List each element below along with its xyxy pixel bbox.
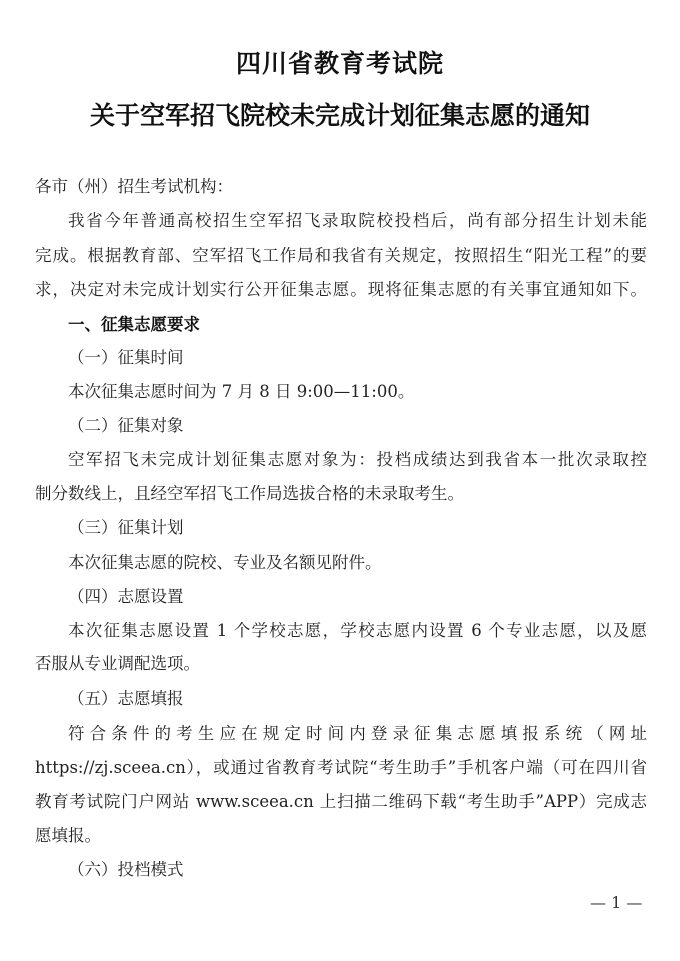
subsection-heading-target: （二）征集对象 xyxy=(68,415,680,437)
issuer-title: 四川省教育考试院 xyxy=(0,44,680,80)
intro-line-2: 完成。根据教育部、空军招飞工作局和我省有关规定，按照招生“阳光工程”的要 xyxy=(35,245,647,267)
subsection-heading-filing: （五）志愿填报 xyxy=(68,688,680,710)
subsection-heading-time: （一）征集时间 xyxy=(68,347,680,369)
subsection-heading-settings: （四）志愿设置 xyxy=(68,586,680,608)
subsection-heading-plan: （三）征集计划 xyxy=(68,517,680,539)
salutation: 各市（州）招生考试机构： xyxy=(35,176,647,198)
subsection-body-filing-2: https://zj.sceea.cn），或通过省教育考试院“考生助手”手机客户… xyxy=(35,757,647,779)
subsection-body-target-2: 制分数线上，且经空军招飞工作局选拔合格的未录取考生。 xyxy=(35,483,647,505)
intro-line-3: 求，决定对未完成计划实行公开征集志愿。现将征集志愿的有关事宜通知如下。 xyxy=(35,279,647,301)
subsection-body-filing-1: 符合条件的考生应在规定时间内登录征集志愿填报系统（网址 xyxy=(68,723,647,745)
intro-line-1: 我省今年普通高校招生空军招飞录取院校投档后，尚有部分招生计划未能 xyxy=(68,210,647,232)
subsection-body-settings-1: 本次征集志愿设置 1 个学校志愿，学校志愿内设置 6 个专业志愿，以及愿 xyxy=(68,620,647,642)
notice-title: 关于空军招飞院校未完成计划征集志愿的通知 xyxy=(0,96,680,132)
subsection-heading-mode: （六）投档模式 xyxy=(68,859,680,881)
subsection-body-settings-2: 否服从专业调配选项。 xyxy=(35,653,647,675)
section-heading-1: 一、征集志愿要求 xyxy=(68,314,680,336)
subsection-body-filing-3: 教育考试院门户网站 www.sceea.cn 上扫描二维码下载“考生助手”APP… xyxy=(35,791,647,813)
subsection-body-time: 本次征集志愿时间为 7 月 8 日 9:00—11:00。 xyxy=(68,381,680,403)
subsection-body-plan: 本次征集志愿的院校、专业及名额见附件。 xyxy=(68,552,680,574)
subsection-body-target-1: 空军招飞未完成计划征集志愿对象为：投档成绩达到我省本一批次录取控 xyxy=(68,449,647,471)
subsection-body-filing-4: 愿填报。 xyxy=(35,825,647,847)
page-number: — 1 — xyxy=(590,893,642,912)
document-page: 四川省教育考试院 关于空军招飞院校未完成计划征集志愿的通知 各市（州）招生考试机… xyxy=(0,0,680,961)
